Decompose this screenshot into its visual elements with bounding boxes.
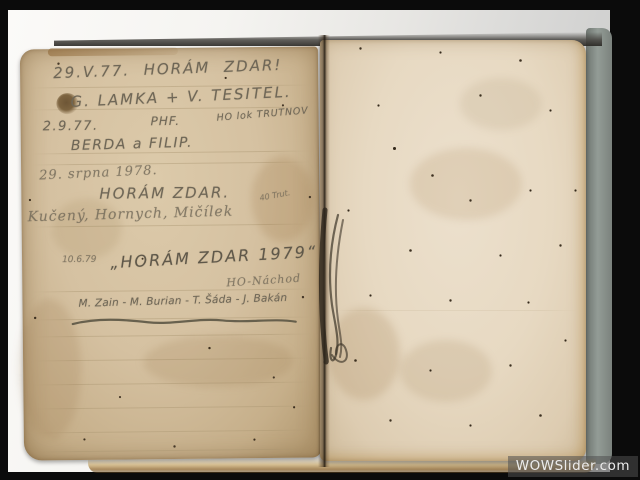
scanned-photo: 29.V.77. HORÁM ZDAR! G. LAMKA + V. TESIT… xyxy=(0,0,640,480)
stain xyxy=(460,78,542,130)
notebook-left-page: 29.V.77. HORÁM ZDAR! G. LAMKA + V. TESIT… xyxy=(20,46,322,460)
handwriting-entry3-title: HORÁM ZDAR. xyxy=(99,183,230,202)
handwriting-entry3-names: Kučený, Hornych, Mičílek xyxy=(27,204,233,226)
handwriting-entry3-date: 29. srpna 1978. xyxy=(39,163,158,183)
handwriting-entry3-note: 40 Trut. xyxy=(259,188,291,203)
rule-line xyxy=(330,310,578,311)
handwriting-entry4-date: 10.6.79 xyxy=(62,255,96,265)
scan-backdrop: 29.V.77. HORÁM ZDAR! G. LAMKA + V. TESIT… xyxy=(8,10,610,472)
rule-line xyxy=(34,406,314,410)
rule-line xyxy=(33,334,313,338)
handwriting-entry4-title: „HORÁM ZDAR 1979“ xyxy=(110,242,318,272)
stain xyxy=(410,148,522,220)
paper-specks xyxy=(20,50,21,51)
rule-line xyxy=(34,430,314,434)
handwriting-entry2-names: BERDA a FILIP. xyxy=(71,135,193,154)
stain xyxy=(143,335,294,389)
rule-line xyxy=(34,449,314,453)
scanner-edge-strip xyxy=(586,28,612,464)
stain xyxy=(400,340,492,402)
watermark-link[interactable]: WOWSlider.com xyxy=(508,456,638,477)
pencil-scribble xyxy=(314,195,366,375)
pencil-underline-flourish xyxy=(68,313,303,331)
handwriting-entry2-group: PHF. xyxy=(151,114,181,128)
handwriting-entry4-org: HO-Náchod xyxy=(226,272,301,290)
watermark-label: WOWSlider.com xyxy=(516,458,630,474)
handwriting-entry1-title: 29.V.77. HORÁM ZDAR! xyxy=(53,56,283,82)
rule-line xyxy=(33,358,313,362)
handwriting-entry2-date: 2.9.77. xyxy=(43,119,99,135)
worn-top-edge xyxy=(48,47,178,56)
handwriting-entry4-names: M. Zain - M. Burian - T. Šáda - J. Bakán xyxy=(78,292,287,310)
rule-line xyxy=(32,224,312,228)
rule-line xyxy=(33,382,313,386)
rule-line xyxy=(31,162,311,166)
